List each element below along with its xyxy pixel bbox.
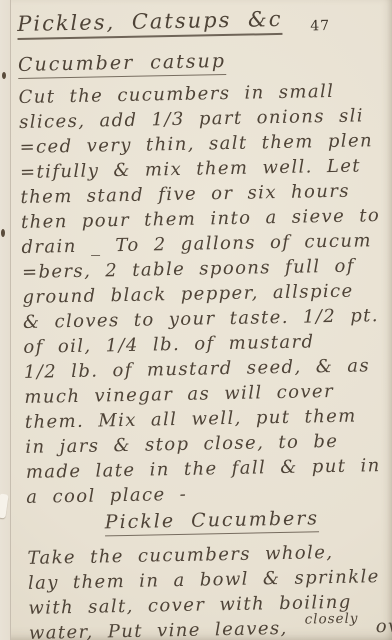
recipe-heading: Pickle Cucumbers <box>105 507 320 536</box>
line-end: over <box>376 615 392 637</box>
page-content: Pickles, Catsups &c 47 Cucumber catsup C… <box>17 5 392 640</box>
page-edge <box>0 0 11 640</box>
title-row: Pickles, Catsups &c 47 <box>17 5 389 52</box>
section-cucumber-catsup: Cucumber catsup Cut the cucumbers in sma… <box>18 45 392 510</box>
ink-speck <box>2 72 6 79</box>
manuscript-page: Pickles, Catsups &c 47 Cucumber catsup C… <box>0 0 392 640</box>
page-title: Pickles, Catsups &c <box>17 7 283 40</box>
page-number: 47 <box>310 18 330 34</box>
recipe-heading: Cucumber catsup <box>18 50 226 79</box>
ink-speck <box>1 229 5 237</box>
recipe-heading-row: Pickle Cucumbers <box>105 506 392 543</box>
line-start: water, Put vine leaves, <box>29 618 288 640</box>
section-pickle-cucumbers: Pickle Cucumbers Take the cucumbers whol… <box>27 506 392 640</box>
inserted-word: closely <box>304 611 358 628</box>
